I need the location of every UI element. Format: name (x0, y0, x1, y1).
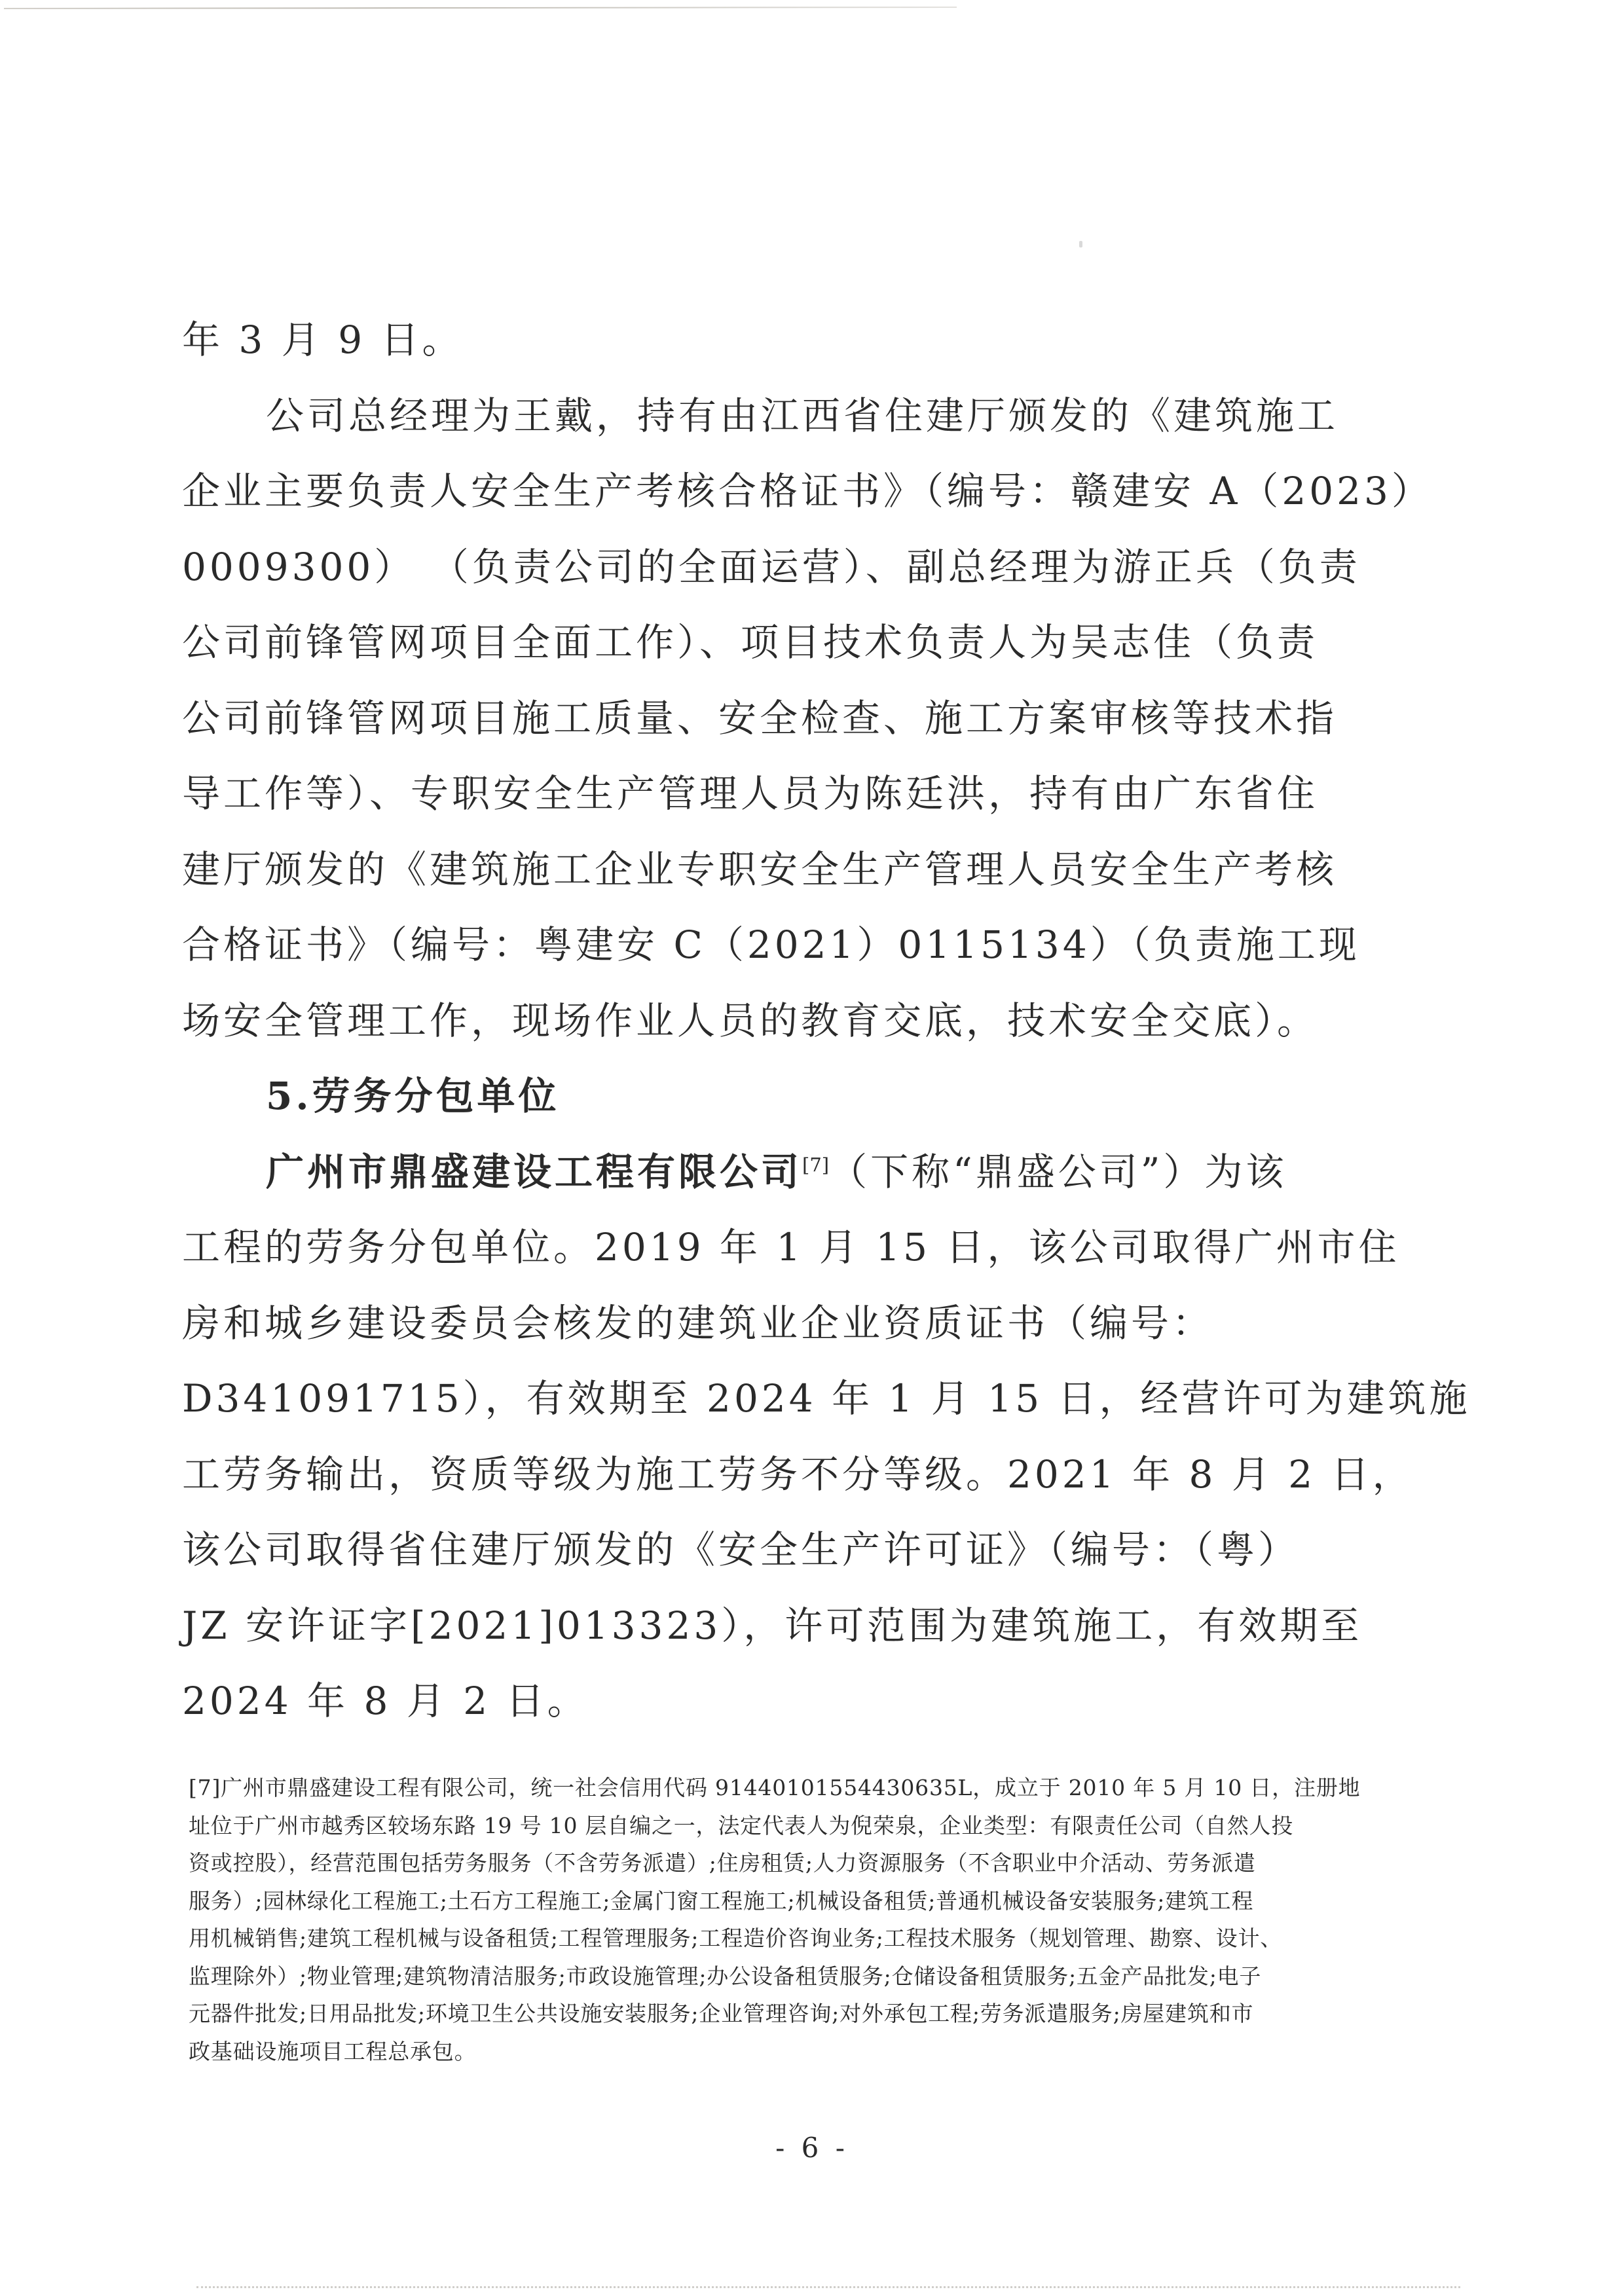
body-text-segment: （下称“鼎盛公司”）为该 (829, 1150, 1287, 1194)
body-text-segment: 广州市鼎盛建设工程有限公司 (266, 1150, 802, 1194)
footnote-line: 元器件批发;日用品批发;环境卫生公共设施安装服务;企业管理咨询;对外承包工程;劳… (189, 1995, 1436, 2033)
document-page: 年 3 月 9 日。公司总经理为王戴，持有由江西省住建厅颁发的《建筑施工企业主要… (0, 0, 1624, 2296)
body-text-segment: 房和城乡建设委员会核发的建筑业企业资质证书（编号： (182, 1301, 1213, 1345)
body-text-segment: 5.劳务分包单位 (266, 1074, 560, 1118)
body-text-segment: 企业主要负责人安全生产考核合格证书》（编号：赣建安 A（2023） (182, 469, 1433, 513)
body-line: 公司前锋管网项目全面工作）、项目技术负责人为吴志佳（负责 (182, 605, 1430, 681)
scan-artifact-dot (1079, 241, 1082, 247)
body-line: 房和城乡建设委员会核发的建筑业企业资质证书（编号： (182, 1286, 1430, 1362)
scan-artifact-top-line (4, 7, 957, 9)
body-text-segment: 场安全管理工作，现场作业人员的教育交底，技术安全交底）。 (182, 998, 1318, 1043)
body-text-segment: 该公司取得省住建厅颁发的《安全生产许可证》（编号：（粤） (182, 1527, 1299, 1572)
body-line: 公司前锋管网项目施工质量、安全检查、施工方案审核等技术指 (182, 681, 1430, 757)
body-line: 该公司取得省住建厅颁发的《安全生产许可证》（编号：（粤） (182, 1512, 1430, 1588)
body-text: 年 3 月 9 日。公司总经理为王戴，持有由江西省住建厅颁发的《建筑施工企业主要… (182, 302, 1430, 1740)
body-line: 5.劳务分包单位 (182, 1059, 1430, 1135)
footnote-line: 服务）;园林绿化工程施工;土石方工程施工;金属门窗工程施工;机械设备租赁;普通机… (189, 1882, 1436, 1920)
body-line: 0009300） （负责公司的全面运营）、副总经理为游正兵（负责 (182, 530, 1430, 606)
body-line: 企业主要负责人安全生产考核合格证书》（编号：赣建安 A（2023） (182, 454, 1430, 530)
body-line: 合格证书》（编号：粤建安 C（2021）0115134）（负责施工现 (182, 907, 1430, 983)
body-text-segment: JZ 安许证字[2021]013323），许可范围为建筑施工，有效期至 (182, 1603, 1362, 1648)
page-number: - 6 - (0, 2132, 1624, 2164)
body-text-segment: 公司总经理为王戴，持有由江西省住建厅颁发的《建筑施工 (266, 393, 1338, 438)
body-line: D341091715），有效期至 2024 年 1 月 15 日，经营许可为建筑… (182, 1361, 1430, 1437)
body-text-segment: 合格证书》（编号：粤建安 C（2021）0115134）（负责施工现 (182, 922, 1360, 967)
body-line: 场安全管理工作，现场作业人员的教育交底，技术安全交底）。 (182, 983, 1430, 1059)
body-line: 导工作等）、专职安全生产管理人员为陈廷洪，持有由广东省住 (182, 756, 1430, 832)
body-text-segment: 工劳务输出，资质等级为施工劳务不分等级。2021 年 8 月 2 日， (182, 1452, 1414, 1497)
footnote-line: [7]广州市鼎盛建设工程有限公司，统一社会信用代码 91440101554430… (189, 1769, 1436, 1807)
body-text-segment: 公司前锋管网项目施工质量、安全检查、施工方案审核等技术指 (182, 696, 1337, 740)
body-line: 工程的劳务分包单位。2019 年 1 月 15 日，该公司取得广州市住 (182, 1210, 1430, 1286)
body-line: 广州市鼎盛建设工程有限公司[7]（下称“鼎盛公司”）为该 (182, 1135, 1430, 1211)
footnote-line: 政基础设施项目工程总承包。 (189, 2033, 1436, 2071)
body-text-segment: 导工作等）、专职安全生产管理人员为陈廷洪，持有由广东省住 (182, 771, 1318, 816)
footnote-line: 用机械销售;建筑工程机械与设备租赁;工程管理服务;工程造价咨询业务;工程技术服务… (189, 1920, 1436, 1958)
body-text-segment: 2024 年 8 月 2 日。 (182, 1679, 589, 1723)
footnote-block: [7]广州市鼎盛建设工程有限公司，统一社会信用代码 91440101554430… (189, 1769, 1436, 2070)
body-text-segment: 公司前锋管网项目全面工作）、项目技术负责人为吴志佳（负责 (182, 620, 1318, 665)
body-line: 建厅颁发的《建筑施工企业专职安全生产管理人员安全生产考核 (182, 832, 1430, 908)
footnote-reference-marker: [7] (802, 1154, 829, 1176)
body-text-segment: 年 3 月 9 日。 (182, 318, 464, 362)
footnote-line: 资或控股），经营范围包括劳务服务（不含劳务派遣）;住房租赁;人力资源服务（不含职… (189, 1844, 1436, 1882)
body-line: 年 3 月 9 日。 (182, 302, 1430, 378)
footnote-line: 址位于广州市越秀区较场东路 19 号 10 层自编之一，法定代表人为倪荣泉，企业… (189, 1807, 1436, 1845)
body-text-segment: 工程的劳务分包单位。2019 年 1 月 15 日，该公司取得广州市住 (182, 1225, 1400, 1269)
body-line: 2024 年 8 月 2 日。 (182, 1664, 1430, 1740)
body-text-segment: 建厅颁发的《建筑施工企业专职安全生产管理人员安全生产考核 (182, 847, 1337, 892)
body-text-segment: D341091715），有效期至 2024 年 1 月 15 日，经营许可为建筑… (182, 1376, 1471, 1421)
body-line: 工劳务输出，资质等级为施工劳务不分等级。2021 年 8 月 2 日， (182, 1437, 1430, 1513)
body-line: JZ 安许证字[2021]013323），许可范围为建筑施工，有效期至 (182, 1588, 1430, 1664)
footnote-line: 监理除外）;物业管理;建筑物清洁服务;市政设施管理;办公设备租赁服务;仓储设备租… (189, 1958, 1436, 1995)
body-line: 公司总经理为王戴，持有由江西省住建厅颁发的《建筑施工 (182, 378, 1430, 454)
scan-artifact-bottom-dotted-line (196, 2286, 1460, 2288)
body-text-segment: 0009300） （负责公司的全面运营）、副总经理为游正兵（负责 (182, 545, 1361, 589)
